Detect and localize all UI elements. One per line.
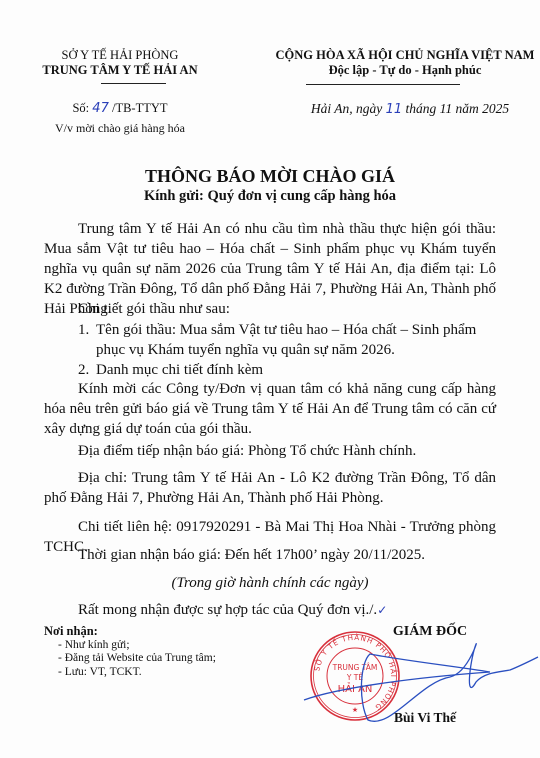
unit-underline (101, 83, 166, 84)
office-hours-note: (Trong giờ hành chính các ngày) (0, 573, 540, 593)
recipient-line: Kính gửi: Quý đơn vị cung cấp hàng hóa (0, 188, 540, 205)
parent-agency: SỞ Y TẾ HẢI PHÒNG (20, 48, 220, 63)
receiving-place: Địa điểm tiếp nhận báo giá: Phòng Tổ chứ… (44, 441, 496, 461)
deadline-line: Thời gian nhận báo giá: Đến hết 17h00’ n… (44, 545, 496, 565)
national-heading-block: CỘNG HÒA XÃ HỘI CHỦ NGHĨA VIỆT NAM Độc l… (270, 48, 540, 78)
list-item: 1. Tên gói thầu: Mua sắm Vật tư tiêu hao… (78, 320, 496, 360)
document-title: THÔNG BÁO MỜI CHÀO GIÁ (0, 166, 540, 187)
recipients-block: Nơi nhận: - Như kính gửi; - Đăng tải Web… (44, 625, 216, 679)
recipients-heading: Nơi nhận: (44, 625, 216, 639)
handwritten-number: 47 (92, 101, 109, 116)
invitation-paragraph: Kính mời các Công ty/Đơn vị quan tâm có … (44, 379, 496, 439)
nation-name: CỘNG HÒA XÃ HỘI CHỦ NGHĨA VIỆT NAM (270, 48, 540, 63)
issuing-agency-block: SỞ Y TẾ HẢI PHÒNG TRUNG TÂM Y TẾ HẢI AN (20, 48, 220, 78)
handwritten-day: 11 (386, 102, 403, 117)
recipient-item: - Lưu: VT, TCKT. (44, 666, 216, 680)
issuing-unit: TRUNG TÂM Y TẾ HẢI AN (20, 63, 220, 78)
document-number: Số: 47 /TB-TTYT (20, 101, 220, 116)
date-line: Hải An, ngày 11 tháng 11 năm 2025 (270, 101, 540, 117)
recipient-item: - Như kính gửi; (44, 639, 216, 653)
recipient-item: - Đăng tải Website của Trung tâm; (44, 652, 216, 666)
initial-mark-icon: ✓ (377, 603, 387, 617)
signer-name: Bùi Vi Thế (360, 710, 490, 726)
national-motto: Độc lập - Tự do - Hạnh phúc (270, 63, 540, 78)
details-heading: Chi tiết gói thầu như sau: (44, 299, 496, 319)
document-subject: V/v mời chào giá hàng hóa (20, 121, 220, 136)
motto-underline (306, 84, 460, 85)
closing-line: Rất mong nhận được sự hợp tác của Quý đơ… (44, 600, 496, 620)
details-list: 1. Tên gói thầu: Mua sắm Vật tư tiêu hao… (78, 320, 496, 380)
list-item: 2. Danh mục chi tiết đính kèm (78, 360, 496, 380)
address-paragraph: Địa chỉ: Trung tâm Y tế Hải An - Lô K2 đ… (44, 468, 496, 508)
